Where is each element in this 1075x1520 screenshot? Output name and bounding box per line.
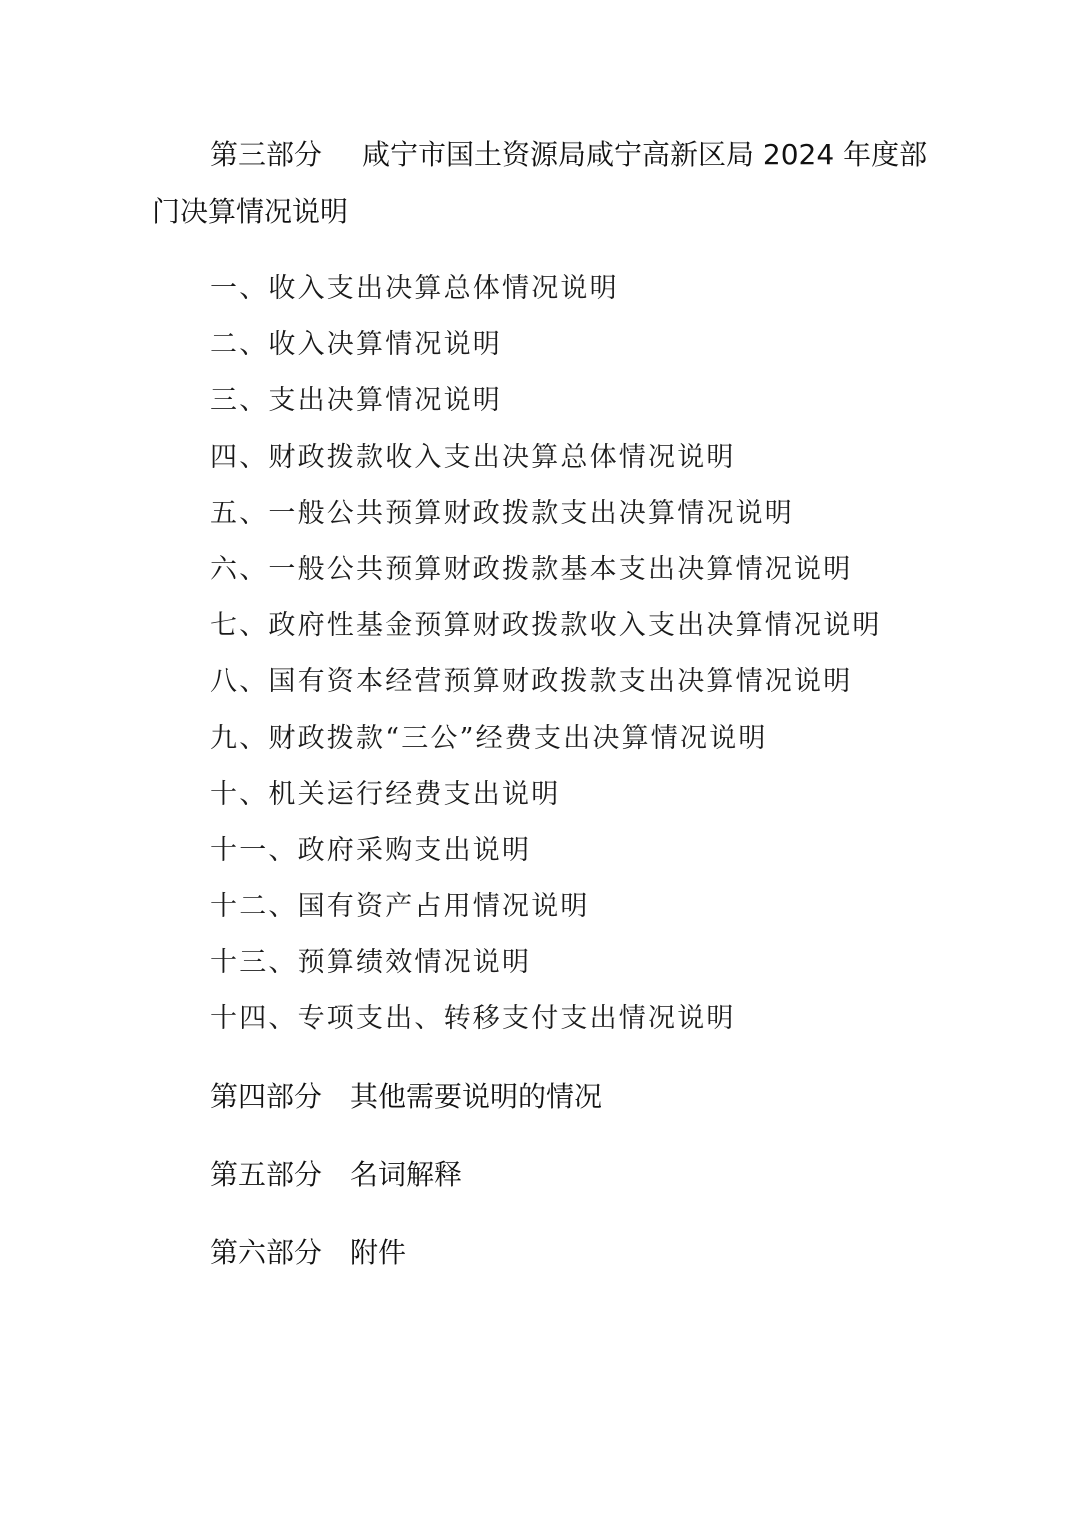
section-item-1: 一、收入支出决算总体情况说明 [210,261,882,317]
section-item-3: 三、支出决算情况说明 [210,373,882,429]
part5-label: 第五部分 [210,1158,322,1191]
section-item-7: 七、政府性基金预算财政拨款收入支出决算情况说明 [210,598,882,654]
section-list: 一、收入支出决算总体情况说明 二、收入决算情况说明 三、支出决算情况说明 四、财… [210,261,882,1048]
section-item-5: 五、一般公共预算财政拨款支出决算情况说明 [210,486,882,542]
part5-title: 名词解释 [350,1158,462,1191]
section-item-10: 十、机关运行经费支出说明 [210,767,882,823]
part5-heading: 第五部分名词解释 [210,1147,462,1203]
part4-heading: 第四部分其他需要说明的情况 [210,1069,602,1125]
section-item-9: 九、财政拨款“三公”经费支出决算情况说明 [210,711,882,767]
section-item-4: 四、财政拨款收入支出决算总体情况说明 [210,430,882,486]
part6-title: 附件 [350,1236,406,1269]
section-item-14: 十四、专项支出、转移支付支出情况说明 [210,991,882,1047]
section-item-12: 十二、国有资产占用情况说明 [210,879,882,935]
part6-heading: 第六部分附件 [210,1225,406,1281]
part6-label: 第六部分 [210,1236,322,1269]
part4-title: 其他需要说明的情况 [350,1080,602,1113]
part3-label: 第三部分 [210,138,322,171]
section-item-6: 六、一般公共预算财政拨款基本支出决算情况说明 [210,542,882,598]
section-item-11: 十一、政府采购支出说明 [210,823,882,879]
section-item-13: 十三、预算绩效情况说明 [210,935,882,991]
part3-heading: 第三部分咸宁市国土资源局咸宁高新区局 2024 年度部门决算情况说明 [152,126,952,240]
part4-label: 第四部分 [210,1080,322,1113]
document-page: 第三部分咸宁市国土资源局咸宁高新区局 2024 年度部门决算情况说明 一、收入支… [0,0,1075,1520]
section-item-2: 二、收入决算情况说明 [210,317,882,373]
section-item-8: 八、国有资本经营预算财政拨款支出决算情况说明 [210,654,882,710]
